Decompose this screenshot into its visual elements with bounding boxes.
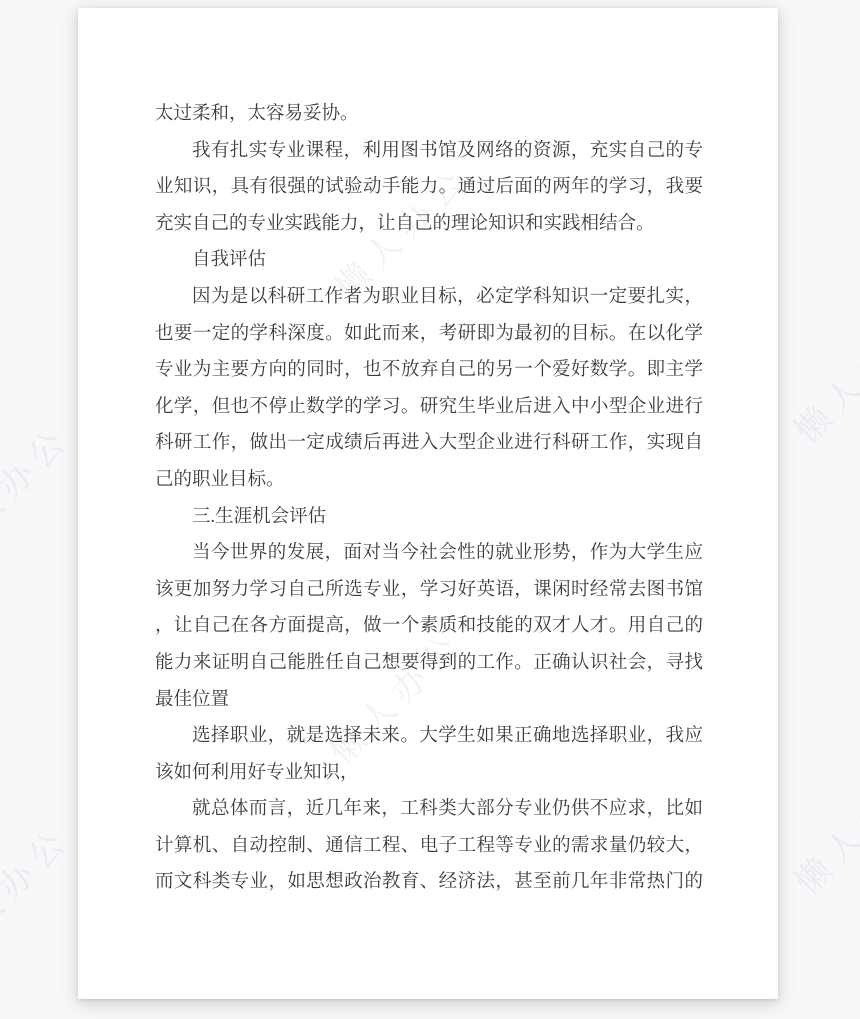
text-line: 而文科类专业，如思想政治教育、经济法，甚至前几年非常热门的: [155, 864, 703, 901]
text-line: 选择职业，就是选择未来。大学生如果正确地选择职业，我应: [155, 718, 703, 755]
document-page: 太过柔和，太容易妥协。我有扎实专业课程，利用图书馆及网络的资源，充实自己的专业知…: [78, 8, 778, 999]
text-line: 也要一定的学科深度。如此而来，考研即为最初的目标。在以化学: [155, 316, 703, 353]
text-line: 当今世界的发展，面对当今社会性的就业形势，作为大学生应: [155, 535, 703, 572]
canvas: 太过柔和，太容易妥协。我有扎实专业课程，利用图书馆及网络的资源，充实自己的专业知…: [0, 0, 860, 1019]
text-line: 该如何利用好专业知识，: [155, 755, 703, 792]
text-line: 就总体而言，近几年来，工科类大部分专业仍供不应求，比如: [155, 791, 703, 828]
watermark-text: 懒人办公: [0, 813, 80, 969]
text-line: 三.生涯机会评估: [155, 499, 703, 536]
text-line: 科研工作，做出一定成绩后再进入大型企业进行科研工作，实现自: [155, 425, 703, 462]
text-line: 我有扎实专业课程，利用图书馆及网络的资源，充实自己的专: [155, 133, 703, 170]
text-line: 最佳位置: [155, 682, 703, 719]
text-line: 该更加努力学习自己所选专业，学习好英语，课闲时经常去图书馆: [155, 572, 703, 609]
text-line: 因为是以科研工作者为职业目标，必定学科知识一定要扎实，: [155, 279, 703, 316]
watermark-text: 懒人办公: [782, 747, 860, 903]
watermark-text: 懒人办公: [0, 412, 80, 568]
document-body-text: 太过柔和，太容易妥协。我有扎实专业课程，利用图书馆及网络的资源，充实自己的专业知…: [155, 96, 703, 901]
text-line: ，让自己在各方面提高，做一个素质和技能的双才人才。用自己的: [155, 608, 703, 645]
text-line: 计算机、自动控制、通信工程、电子工程等专业的需求量仍较大，: [155, 828, 703, 865]
text-line: 充实自己的专业实践能力，让自己的理论知识和实践相结合。: [155, 206, 703, 243]
text-line: 化学，但也不停止数学的学习。研究生毕业后进入中小型企业进行: [155, 389, 703, 426]
text-line: 己的职业目标。: [155, 462, 703, 499]
text-line: 专业为主要方向的同时，也不放弃自己的另一个爱好数学。即主学: [155, 352, 703, 389]
watermark-text: 懒人办公: [782, 296, 860, 452]
text-line: 业知识，具有很强的试验动手能力。通过后面的两年的学习，我要: [155, 169, 703, 206]
text-line: 能力来证明自己能胜任自己想要得到的工作。正确认识社会，寻找: [155, 645, 703, 682]
text-line: 自我评估: [155, 242, 703, 279]
text-line: 太过柔和，太容易妥协。: [155, 96, 703, 133]
